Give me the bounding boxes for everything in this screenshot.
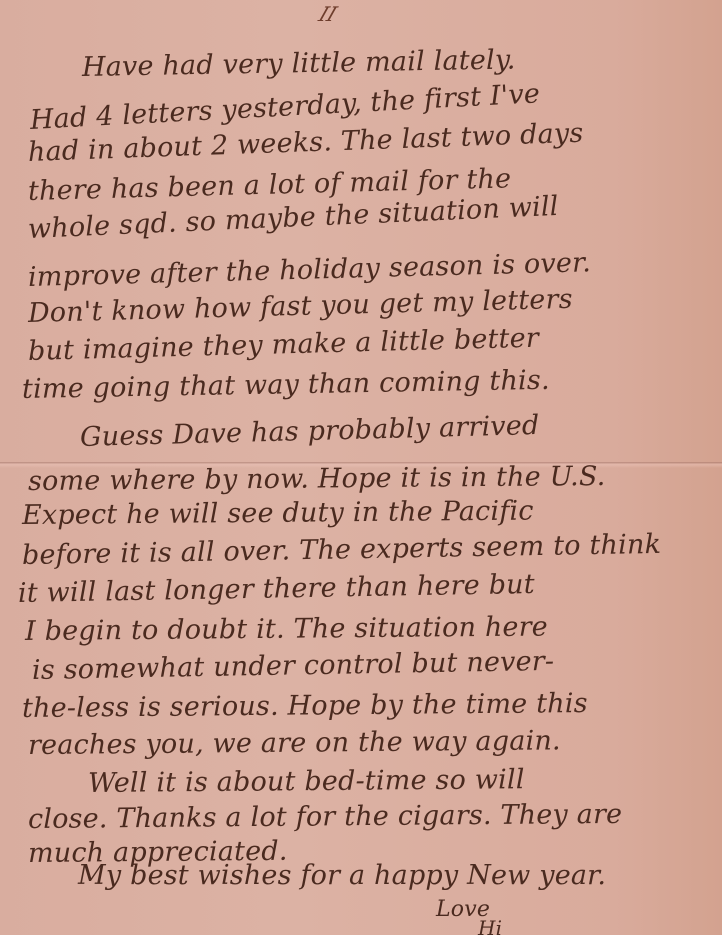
- letter-line-17: the-less is serious. Hope by the time th…: [22, 688, 588, 724]
- letter-line-16: is somewhat under control but never-: [32, 646, 555, 686]
- letter-line-15: I begin to doubt it. The situation here: [25, 611, 548, 647]
- letter-line-19: Well it is about bed-time so will: [88, 764, 525, 799]
- letter-line-18: reaches you, we are on the way again.: [28, 725, 561, 761]
- letter-line-12: Expect he will see duty in the Pacific: [22, 496, 534, 531]
- letter-page: II Have had very little mail lately. Had…: [0, 0, 722, 935]
- page-marker: II: [316, 2, 341, 26]
- letter-line-20: close. Thanks a lot for the cigars. They…: [28, 799, 623, 835]
- letter-line-22: My best wishes for a happy New year.: [78, 860, 606, 891]
- letter-line-10: Guess Dave has probably arrived: [80, 410, 540, 453]
- letter-line-11: some where by now. Hope it is in the U.S…: [28, 461, 606, 497]
- letter-line-13: before it is all over. The experts seem …: [22, 529, 662, 571]
- letter-line-8: but imagine they make a little better: [28, 323, 540, 367]
- letter-line-9: time going that way than coming this.: [22, 365, 550, 405]
- letter-line-14: it will last longer there than here but: [18, 569, 535, 609]
- letter-line-1: Have had very little mail lately.: [82, 44, 516, 83]
- letter-signature: Hi: [478, 916, 502, 935]
